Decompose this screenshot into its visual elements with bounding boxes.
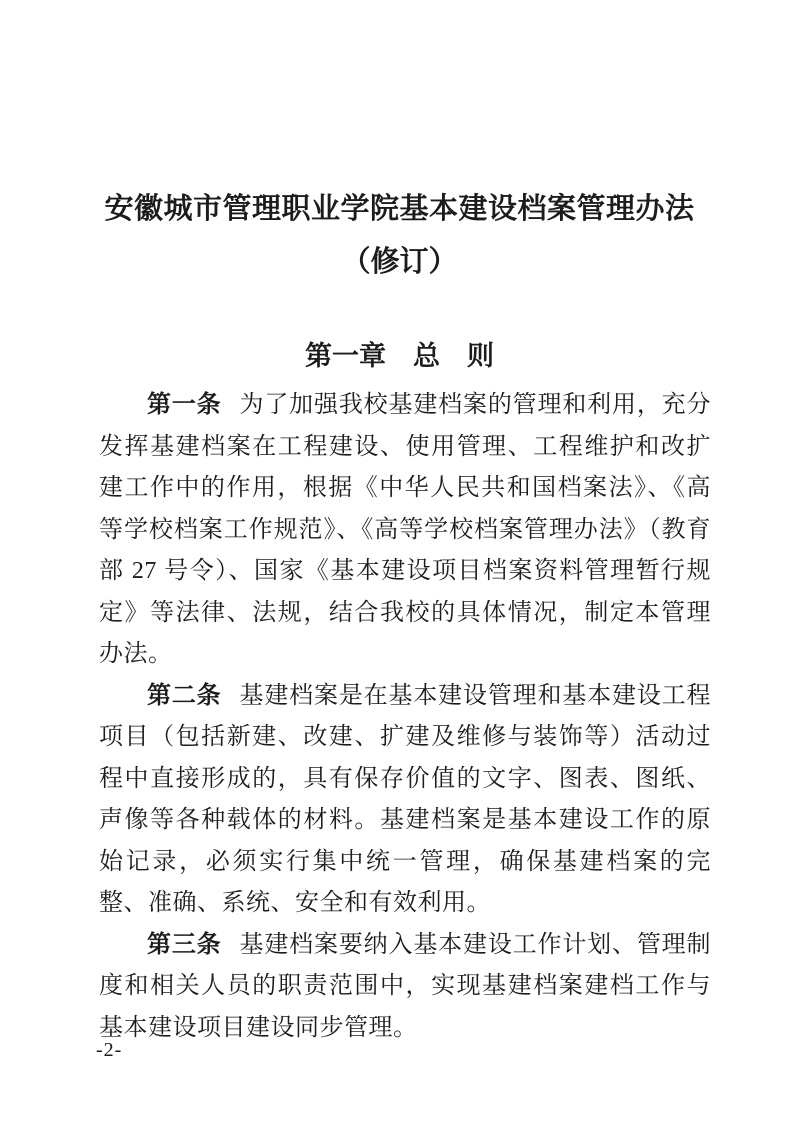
article-2: 第二条基建档案是在基本建设管理和基本建设工程项目（包括新建、改建、扩建及维修与装… xyxy=(99,676,711,925)
article-1-text: 为了加强我校基建档案的管理和利用，充分发挥基建档案在工程建设、使用管理、工程维护… xyxy=(99,392,711,667)
article-3-label: 第三条 xyxy=(147,932,222,958)
chapter-heading: 第一章 总 则 xyxy=(0,338,799,374)
article-3: 第三条基建档案要纳入基本建设工作计划、管理制度和相关人员的职责范围中，实现基建档… xyxy=(99,925,711,1050)
page-number: -2- xyxy=(96,1036,122,1064)
article-2-label: 第二条 xyxy=(147,683,222,709)
document-body: 第一条为了加强我校基建档案的管理和利用，充分发挥基建档案在工程建设、使用管理、工… xyxy=(99,385,711,1049)
article-1: 第一条为了加强我校基建档案的管理和利用，充分发挥基建档案在工程建设、使用管理、工… xyxy=(99,385,711,676)
document-title: 安徽城市管理职业学院基本建设档案管理办法 xyxy=(0,183,799,236)
article-2-text: 基建档案是在基本建设管理和基本建设工程项目（包括新建、改建、扩建及维修与装饰等）… xyxy=(99,683,711,917)
document-page: 安徽城市管理职业学院基本建设档案管理办法 （修订） 第一章 总 则 第一条为了加… xyxy=(0,0,799,1131)
article-1-label: 第一条 xyxy=(147,392,222,418)
document-subtitle: （修订） xyxy=(0,236,799,289)
